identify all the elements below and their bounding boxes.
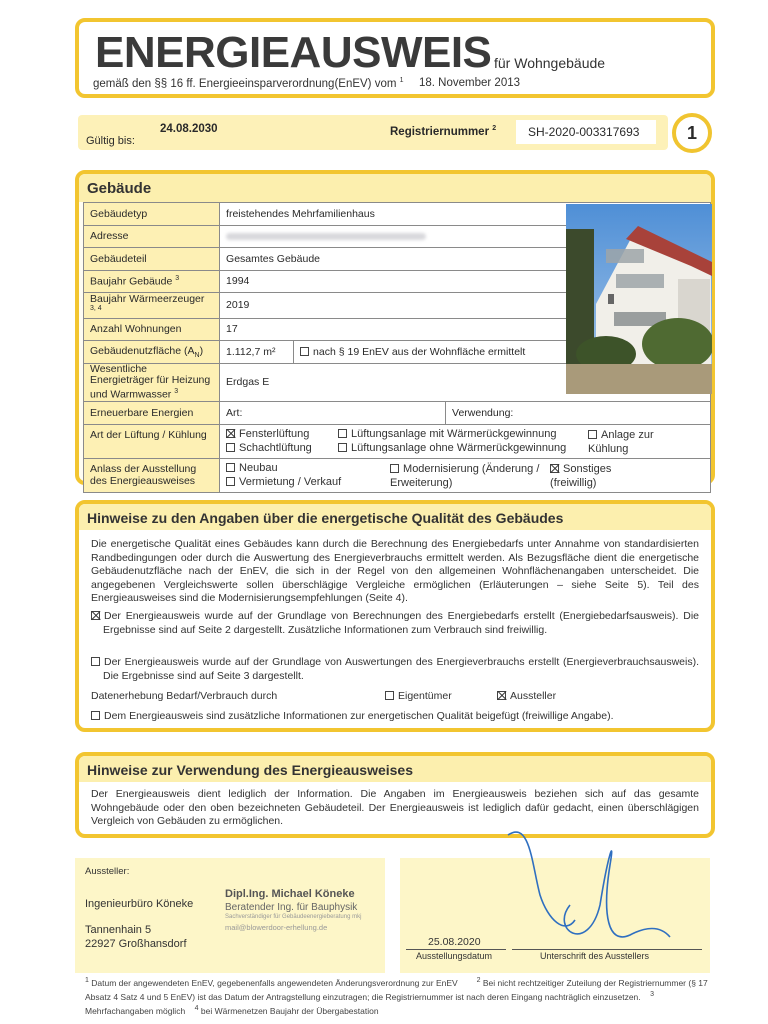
usage-notes-heading: Hinweise zur Verwendung des Energieauswe…: [79, 756, 711, 782]
checkbox-vermietung[interactable]: Vermietung / Verkauf: [226, 476, 341, 488]
quality-notes-intro: Die energetische Qualität eines Gebäudes…: [91, 538, 699, 606]
checkbox-schachtlueftung[interactable]: Schachtlüftung: [226, 442, 312, 454]
table-row: Art der Lüftung / Kühlung Fensterlüftung…: [84, 424, 711, 458]
issuer-city: 22927 Großhansdorf: [85, 938, 187, 950]
footnote-1-2: 1 Datum der angewendeten EnEV, gegebenen…: [85, 975, 715, 1016]
issuer-street: Tannenhain 5: [85, 924, 151, 936]
checkbox-sonstiges[interactable]: Sonstiges (freiwillig): [550, 462, 630, 490]
quality-notes-section: Hinweise zu den Angaben über die energet…: [75, 500, 715, 732]
footnotes: 1 Datum der angewendeten EnEV, gegebenen…: [85, 975, 715, 1016]
usage-notes-text: Der Energieausweis dient lediglich der I…: [91, 788, 699, 829]
stamp-name: Dipl.Ing. Michael Köneke: [225, 888, 355, 900]
document-subtitle: für Wohngebäude: [494, 55, 605, 71]
issue-date-label: Ausstellungsdatum: [416, 951, 492, 961]
checkbox-additional-info[interactable]: Dem Energieausweis sind zusätzliche Info…: [91, 710, 614, 722]
checkbox-kuehlung[interactable]: Anlage zur Kühlung: [588, 428, 660, 456]
table-row: Anlass der Ausstellung des Energieauswei…: [84, 458, 711, 492]
building-section: Gebäude Gebäudetypfreistehendes Mehrfami…: [75, 170, 715, 485]
option-demand-certificate[interactable]: Der Energieausweis wurde auf der Grundla…: [91, 610, 699, 637]
document-title: ENERGIEAUSWEIS: [95, 28, 491, 78]
signature-scribble: [490, 825, 690, 965]
table-row: Erneuerbare Energien Art:Verwendung:: [84, 401, 711, 424]
stamp-line3: Sachverständiger für Gebäudeenergieberat…: [225, 914, 361, 920]
checkbox-modernisierung[interactable]: Modernisierung (Änderung / Erweiterung): [390, 462, 540, 490]
wohnflaeche-checkbox[interactable]: nach § 19 EnEV aus der Wohnfläche ermitt…: [294, 346, 525, 358]
checkbox-fensterlueftung[interactable]: Fensterlüftung: [226, 428, 309, 440]
stamp-title: Beratender Ing. für Bauphysik: [225, 902, 357, 913]
checkbox-lueftung-mit-wrg[interactable]: Lüftungsanlage mit Wärmerückgewinnung: [338, 428, 556, 440]
checkbox-lueftung-ohne-wrg[interactable]: Lüftungsanlage ohne Wärmerückgewinnung: [338, 442, 566, 454]
registration-number: SH-2020-003317693: [516, 120, 656, 144]
issuer-label: Aussteller:: [85, 866, 129, 877]
validity-row: Gültig bis: 24.08.2030 Registriernummer …: [78, 115, 668, 150]
checkbox-neubau[interactable]: Neubau: [226, 462, 278, 474]
quality-notes-heading: Hinweise zu den Angaben über die energet…: [79, 504, 711, 530]
issuer-section: Aussteller: Ingenieurbüro Köneke Tannenh…: [75, 858, 385, 973]
option-consumption-certificate[interactable]: Der Energieausweis wurde auf der Grundla…: [91, 656, 699, 683]
data-collection-label: Datenerhebung Bedarf/Verbrauch durch: [91, 690, 277, 702]
valid-until-label: Gültig bis:: [86, 135, 135, 147]
checkbox-issuer[interactable]: Aussteller: [497, 690, 556, 702]
building-heading: Gebäude: [79, 174, 711, 202]
building-photo: [566, 204, 712, 394]
stamp-email: mail@blowerdoor-erhellung.de: [225, 923, 327, 932]
issue-date: 25.08.2020: [428, 936, 481, 948]
registration-label: Registriernummer 2: [390, 125, 496, 138]
title-header: ENERGIEAUSWEIS für Wohngebäude gemäß den…: [75, 18, 715, 98]
page-number-badge: 1: [672, 113, 712, 153]
law-reference: gemäß den §§ 16 ff. Energieeinsparverord…: [93, 77, 404, 90]
law-date: 18. November 2013: [419, 77, 520, 89]
valid-until-date: 24.08.2030: [160, 123, 218, 135]
issuer-company: Ingenieurbüro Köneke: [85, 898, 193, 910]
checkbox-owner[interactable]: Eigentümer: [385, 690, 452, 702]
